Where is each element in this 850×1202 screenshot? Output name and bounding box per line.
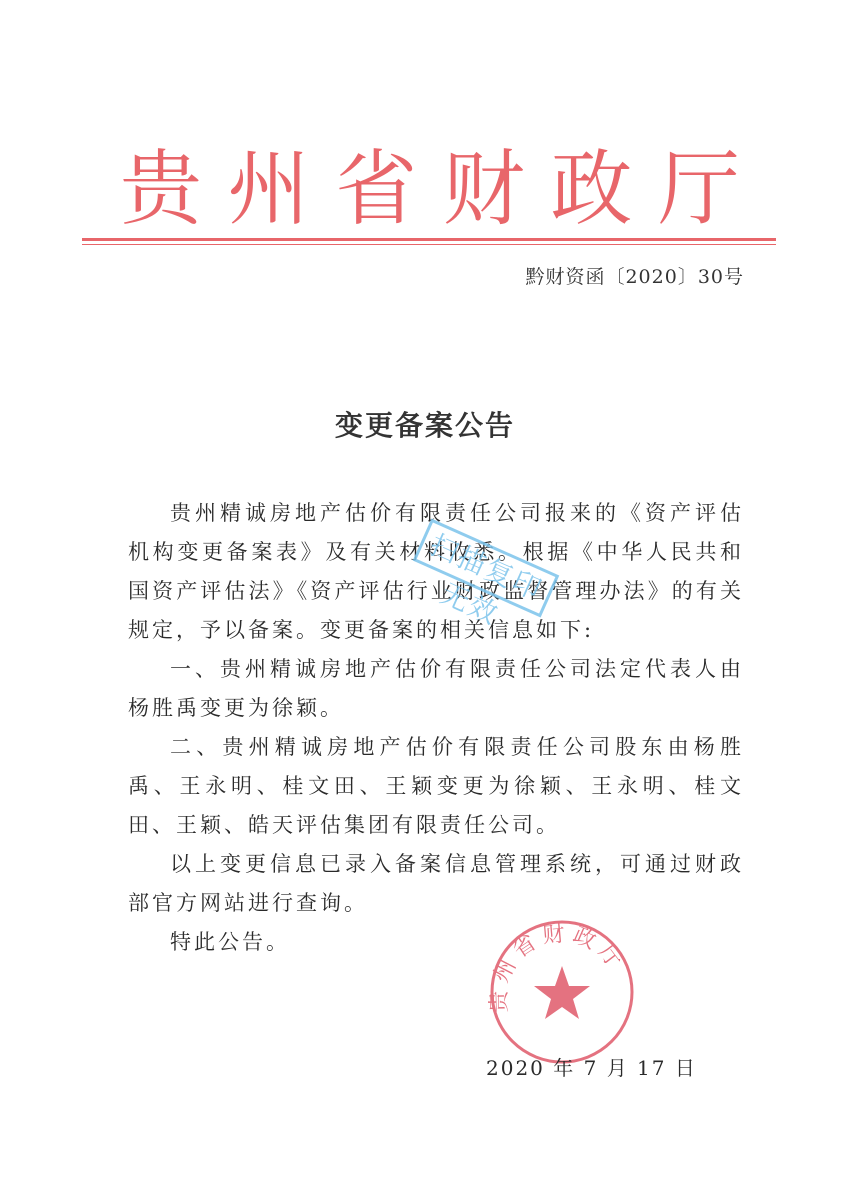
header-char: 财 <box>443 140 525 240</box>
document-number: 黔财资函〔2020〕30号 <box>525 262 744 289</box>
header-char: 厅 <box>658 140 740 240</box>
header-char: 政 <box>550 140 632 240</box>
official-seal: 贵州省财政厅 <box>488 918 636 1066</box>
header-char: 贵 <box>120 140 202 240</box>
paragraph-item-1: 一、贵州精诚房地产估价有限责任公司法定代表人由杨胜禹变更为徐颖。 <box>128 650 744 728</box>
header-divider-thick <box>82 238 776 241</box>
issuing-authority-header: 贵 州 省 财 政 厅 <box>120 140 740 240</box>
paragraph-closing: 特此公告。 <box>128 923 744 962</box>
paragraph-intro: 贵州精诚房地产估价有限责任公司报来的《资产评估机构变更备案表》及有关材料收悉。根… <box>128 494 744 650</box>
star-icon <box>534 966 590 1019</box>
header-divider-thin <box>82 244 776 245</box>
issue-date: 2020 年 7 月 17 日 <box>486 1052 697 1081</box>
paragraph-item-2: 二、贵州精诚房地产估价有限责任公司股东由杨胜禹、王永明、桂文田、王颖变更为徐颖、… <box>128 728 744 845</box>
document-title: 变更备案公告 <box>0 404 850 444</box>
paragraph-notice: 以上变更信息已录入备案信息管理系统，可通过财政部官方网站进行查询。 <box>128 845 744 923</box>
header-char: 省 <box>335 140 417 240</box>
header-char: 州 <box>228 140 310 240</box>
